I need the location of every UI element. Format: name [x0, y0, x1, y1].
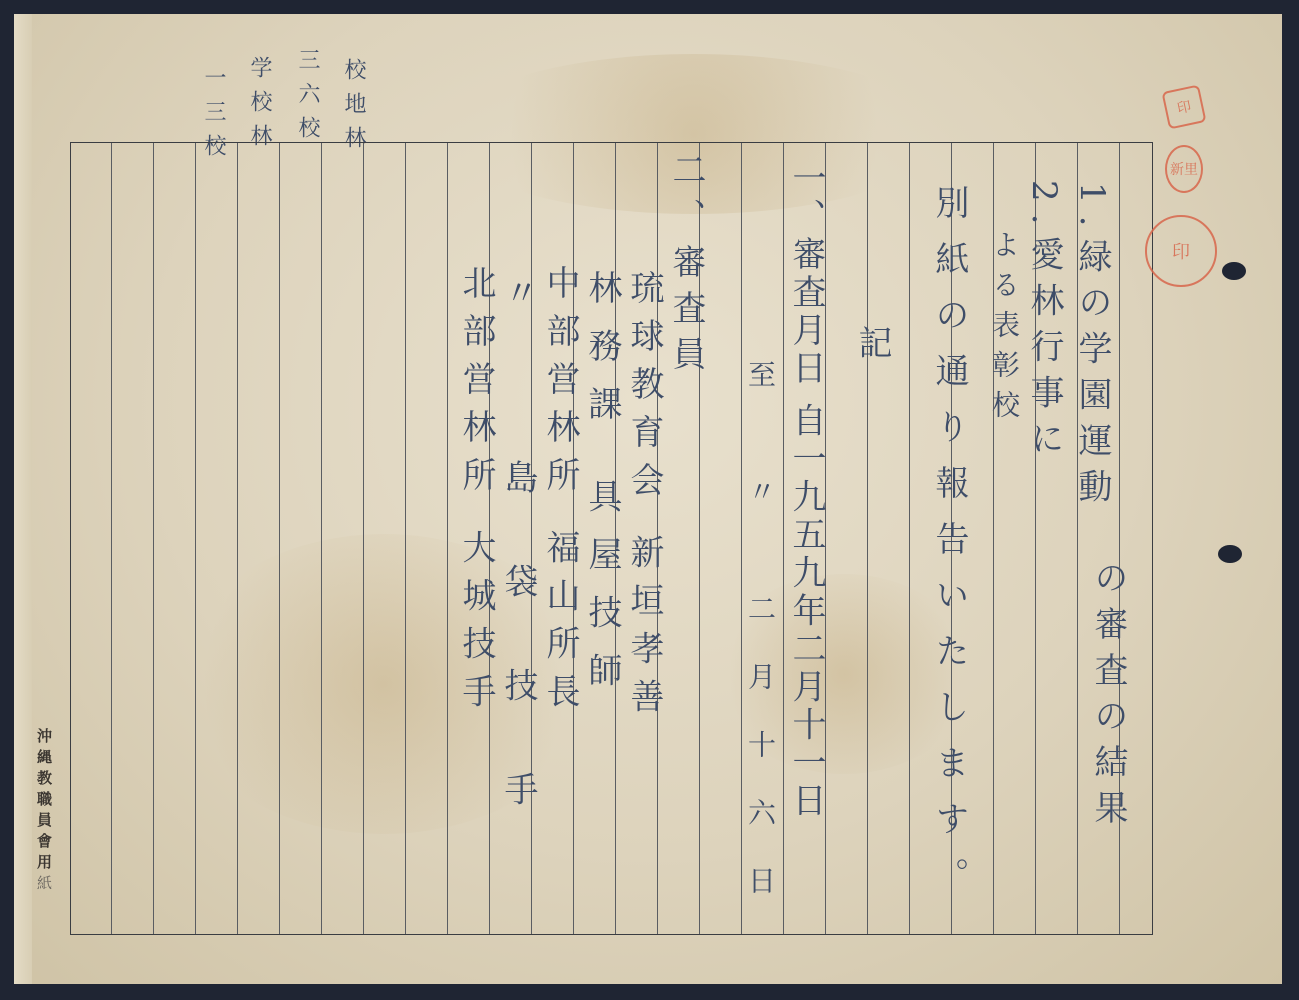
- line-judge-4: 〃 島袋技手: [494, 275, 543, 876]
- line-ki: 記: [848, 325, 897, 371]
- stationery-label: 沖縄教職員會用紙: [34, 728, 55, 896]
- line-judge-2: 林務課 具屋技師: [578, 270, 627, 711]
- line-judge-1: 琉球教育会 新垣孝善: [620, 270, 669, 727]
- line-judges-heading: 二、審査員: [662, 152, 711, 382]
- line-item1: 1.緑の学園運動: [1068, 182, 1117, 514]
- line-date-to: 至 〃 二月十六日: [740, 360, 780, 934]
- paper-edge: [14, 14, 32, 984]
- line-item2: 2.愛林行事に: [1020, 180, 1069, 466]
- line-judge-3: 中部営林所 福山所長: [536, 265, 585, 722]
- seal-stamp-oval: 新里: [1165, 145, 1203, 193]
- binder-hole: [1218, 545, 1242, 563]
- binder-hole: [1222, 262, 1246, 280]
- line-item1-result: の審査の結果: [1084, 560, 1133, 836]
- seal-stamp-square: 印: [1161, 84, 1206, 129]
- line-date-heading: 一、審査月日 自一九五九年二月十一日: [782, 160, 831, 821]
- seal-stamp-round: 印: [1145, 215, 1217, 287]
- line-judge-5: 北部営林所 大城技手: [452, 265, 501, 722]
- header-note: 三六校: [292, 48, 323, 150]
- line-report: 別紙の通り報告いたします。: [925, 185, 974, 913]
- line-item2-cont: よる表彰校: [984, 230, 1024, 430]
